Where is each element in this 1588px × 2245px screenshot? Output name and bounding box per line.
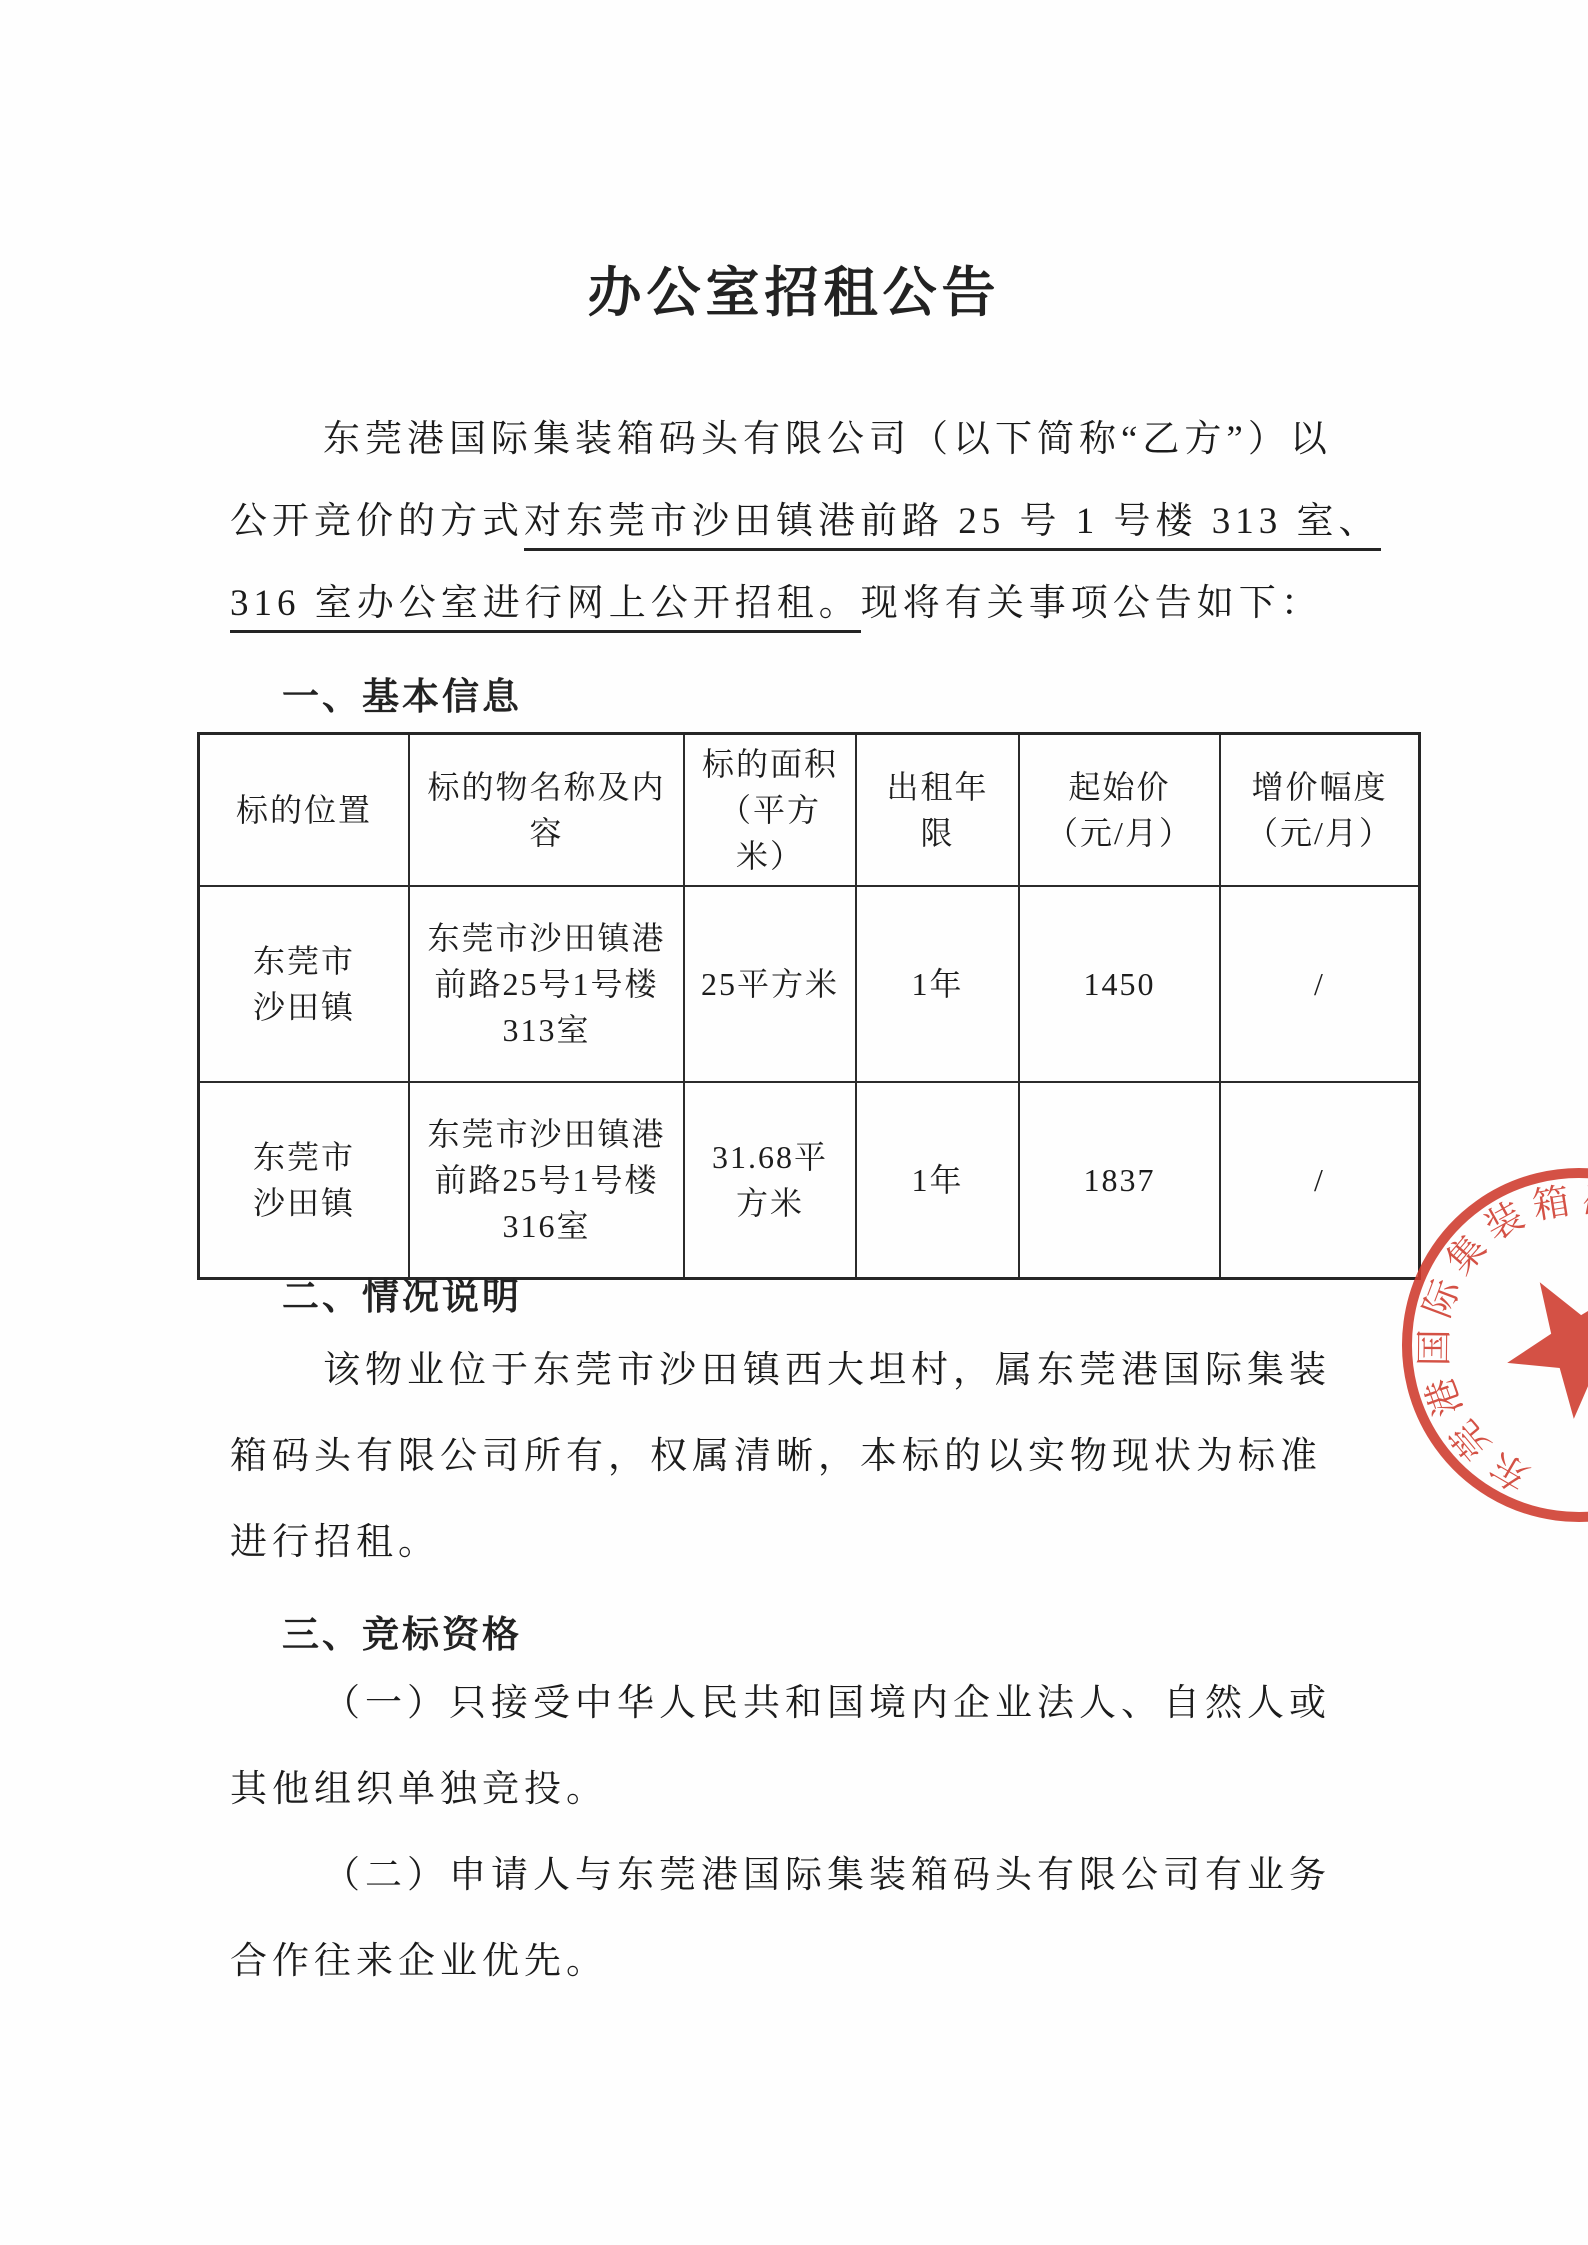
stamp-serial-text: 44 [1584, 1466, 1588, 1504]
intro-line-3-plain: 现将有关事项公告如下： [861, 583, 1323, 624]
stamp-star-icon [1490, 1262, 1588, 1431]
header-location: 标的位置 [199, 734, 410, 887]
intro-line-1-text: 东莞港国际集装箱码头有限公司（以下简称“乙方”）以 [323, 419, 1332, 460]
section-heading-situation: 二、情况说明 [282, 1266, 522, 1320]
qualification-item-1-line-2: 其他组织单独竞投。 [230, 1747, 1400, 1833]
qualification-item-2-line-1: （二）申请人与东莞港国际集装箱码头有限公司有业务 [230, 1833, 1400, 1919]
situation-line-2: 箱码头有限公司所有，权属清晰，本标的以实物现状为标准 [230, 1414, 1400, 1500]
page-title: 办公室招租公告 [0, 250, 1588, 327]
cell-area: 31.68平 方米 [684, 1082, 856, 1278]
situation-line-3: 进行招租。 [230, 1500, 1400, 1586]
cell-location: 东莞市 沙田镇 [199, 1082, 410, 1278]
cell-object-name: 东莞市沙田镇港 前路25号1号楼 316室 [409, 1082, 684, 1278]
cell-lease-term: 1年 [856, 1082, 1019, 1278]
intro-paragraph: 东莞港国际集装箱码头有限公司（以下简称“乙方”）以 公开竞价的方式对东莞市沙田镇… [230, 399, 1400, 645]
header-starting-price: 起始价 （元/月） [1019, 734, 1220, 887]
table-row-316: 东莞市 沙田镇 东莞市沙田镇港 前路25号1号楼 316室 31.68平 方米 … [199, 1082, 1420, 1278]
cell-starting-price: 1450 [1019, 886, 1220, 1082]
section-heading-basic-info: 一、基本信息 [282, 666, 522, 720]
cell-object-name: 东莞市沙田镇港 前路25号1号楼 313室 [409, 886, 684, 1082]
listing-table: 标的位置 标的物名称及内 容 标的面积 （平方 米） 出租年 限 起始价 （元/… [197, 732, 1421, 1280]
cell-area: 25平方米 [684, 886, 856, 1082]
header-area: 标的面积 （平方 米） [684, 734, 856, 887]
header-increment: 增价幅度 （元/月） [1220, 734, 1420, 887]
situation-paragraph: 该物业位于东莞市沙田镇西大坦村，属东莞港国际集装 箱码头有限公司所有，权属清晰，… [230, 1328, 1400, 1586]
intro-line-2-plain: 公开竞价的方式 [230, 501, 524, 542]
intro-line-2-underlined: 对东莞市沙田镇港前路 25 号 1 号楼 313 室、 [524, 501, 1381, 551]
intro-line-1: 东莞港国际集装箱码头有限公司（以下简称“乙方”）以 [230, 399, 1400, 481]
situation-line-1: 该物业位于东莞市沙田镇西大坦村，属东莞港国际集装 [230, 1328, 1400, 1414]
cell-increment: / [1220, 1082, 1420, 1278]
cell-increment: / [1220, 886, 1420, 1082]
document-page: 办公室招租公告 东莞港国际集装箱码头有限公司（以下简称“乙方”）以 公开竞价的方… [0, 0, 1588, 2245]
qualification-item-1-line-1: （一）只接受中华人民共和国境内企业法人、自然人或 [230, 1661, 1400, 1747]
intro-line-3-underlined: 316 室办公室进行网上公开招租。 [230, 583, 861, 633]
table-row-313: 东莞市 沙田镇 东莞市沙田镇港 前路25号1号楼 313室 25平方米 1年 1… [199, 886, 1420, 1082]
header-object-name: 标的物名称及内 容 [409, 734, 684, 887]
qualification-paragraph: （一）只接受中华人民共和国境内企业法人、自然人或 其他组织单独竞投。 （二）申请… [230, 1661, 1400, 2005]
header-lease-term: 出租年 限 [856, 734, 1019, 887]
svg-text:44: 44 [1584, 1466, 1588, 1504]
table-header-row: 标的位置 标的物名称及内 容 标的面积 （平方 米） 出租年 限 起始价 （元/… [199, 734, 1420, 887]
cell-starting-price: 1837 [1019, 1082, 1220, 1278]
qualification-item-2-line-2: 合作往来企业优先。 [230, 1919, 1400, 2005]
intro-line-2: 公开竞价的方式对东莞市沙田镇港前路 25 号 1 号楼 313 室、 [230, 481, 1400, 563]
cell-location: 东莞市 沙田镇 [199, 886, 410, 1082]
cell-lease-term: 1年 [856, 886, 1019, 1082]
intro-line-3: 316 室办公室进行网上公开招租。现将有关事项公告如下： [230, 563, 1400, 645]
section-heading-qualification: 三、竞标资格 [282, 1604, 522, 1658]
